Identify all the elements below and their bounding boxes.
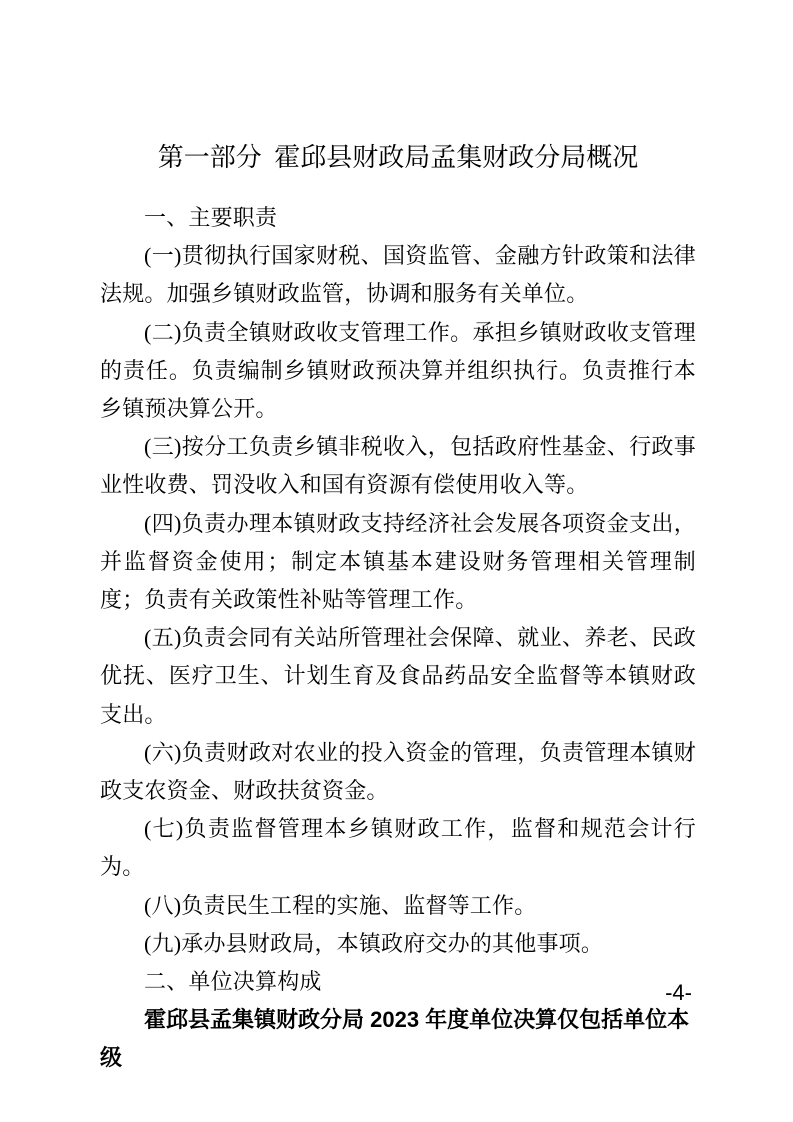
unit-composition-intro: 霍邱县孟集镇财政分局 2023 年度单位决算仅包括单位本级: [100, 1001, 696, 1077]
duty-paragraph-7: (七)负责监督管理本乡镇财政工作，监督和规范会计行为。: [100, 810, 696, 886]
duty-paragraph-1: (一)贯彻执行国家财税、国资监管、金融方针政策和法律 法规。加强乡镇财政监管，协…: [100, 237, 696, 313]
document-page: 第一部分 霍邱县财政局孟集财政分局概况 一、主要职责 (一)贯彻执行国家财税、国…: [100, 140, 696, 1078]
duty-paragraph-9: (九)承办县财政局，本镇政府交办的其他事项。: [100, 925, 696, 963]
duty-paragraph-6: (六)负责财政对农业的投入资金的管理，负责管理本镇财政支农资金、财政扶贫资金。: [100, 734, 696, 810]
page-number: -4-: [665, 980, 692, 1006]
duty-paragraph-2: (二)负责全镇财政收支管理工作。承担乡镇财政收支管理的责任。负责编制乡镇财政预决…: [100, 314, 696, 429]
duty-paragraph-8: (八)负责民生工程的实施、监督等工作。: [100, 887, 696, 925]
section-heading-main-duties: 一、主要职责: [100, 199, 696, 237]
duty-paragraph-4: (四)负责办理本镇财政支持经济社会发展各项资金支出，并监督资金使用；制定本镇基本…: [100, 505, 696, 620]
duty-paragraph-3: (三)按分工负责乡镇非税收入，包括政府性基金、行政事 业性收费、罚没收入和国有资…: [100, 428, 696, 504]
section-heading-unit-composition: 二、单位决算构成: [100, 963, 696, 1001]
duty-paragraph-5: (五)负责会同有关站所管理社会保障、就业、养老、民政 优抚、医疗卫生、计划生育及…: [100, 619, 696, 734]
page-title: 第一部分 霍邱县财政局孟集财政分局概况: [100, 140, 696, 176]
